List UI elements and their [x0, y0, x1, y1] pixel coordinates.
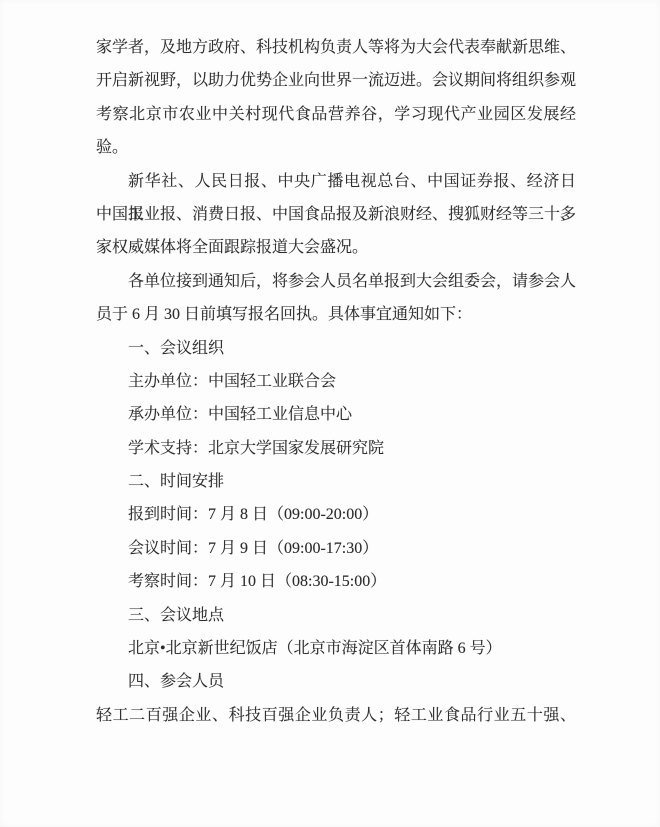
text-line: 考察北京市农业中关村现代食品营养谷，学习现代产业园区发展经: [96, 98, 576, 131]
text-line: 一、会议组织: [96, 332, 576, 365]
text-line: 考察时间：7 月 10 日（08:30-15:00）: [96, 565, 576, 598]
text-line: 家学者，及地方政府、科技机构负责人等将为大会代表奉献新思维、: [96, 31, 576, 64]
text-column: 家学者，及地方政府、科技机构负责人等将为大会代表奉献新思维、开启新视野，以助力优…: [96, 31, 576, 732]
text-line: 会议时间：7 月 9 日（09:00-17:30）: [96, 532, 576, 565]
text-line: 北京•北京新世纪饭店（北京市海淀区首体南路 6 号）: [96, 632, 576, 665]
text-line: 四、参会人员: [96, 665, 576, 698]
text-line: 学术支持：北京大学国家发展研究院: [96, 432, 576, 465]
text-line: 员于 6 月 30 日前填写报名回执。具体事宜通知如下：: [96, 298, 576, 331]
text-line: 主办单位：中国轻工业联合会: [96, 365, 576, 398]
text-line: 轻工二百强企业、科技百强企业负责人；轻工业食品行业五十强、: [96, 699, 576, 732]
text-line: 承办单位：中国轻工业信息中心: [96, 398, 576, 431]
text-line: 二、时间安排: [96, 465, 576, 498]
text-line: 各单位接到通知后，将参会人员名单报到大会组委会，请参会人: [96, 265, 576, 298]
text-line: 家权威媒体将全面跟踪报道大会盛况。: [96, 231, 576, 264]
document-page: 家学者，及地方政府、科技机构负责人等将为大会代表奉献新思维、开启新视野，以助力优…: [0, 0, 660, 827]
text-line: 开启新视野，以助力优势企业向世界一流迈进。会议期间将组织参观: [96, 64, 576, 97]
text-line: 三、会议地点: [96, 599, 576, 632]
text-line: 验。: [96, 131, 576, 164]
text-line: 新华社、人民日报、中央广播电视总台、中国证券报、经济日报、: [96, 165, 576, 198]
text-line: 报到时间：7 月 8 日（09:00-20:00）: [96, 498, 576, 531]
text-line: 中国工业报、消费日报、中国食品报及新浪财经、搜狐财经等三十多: [96, 198, 576, 231]
